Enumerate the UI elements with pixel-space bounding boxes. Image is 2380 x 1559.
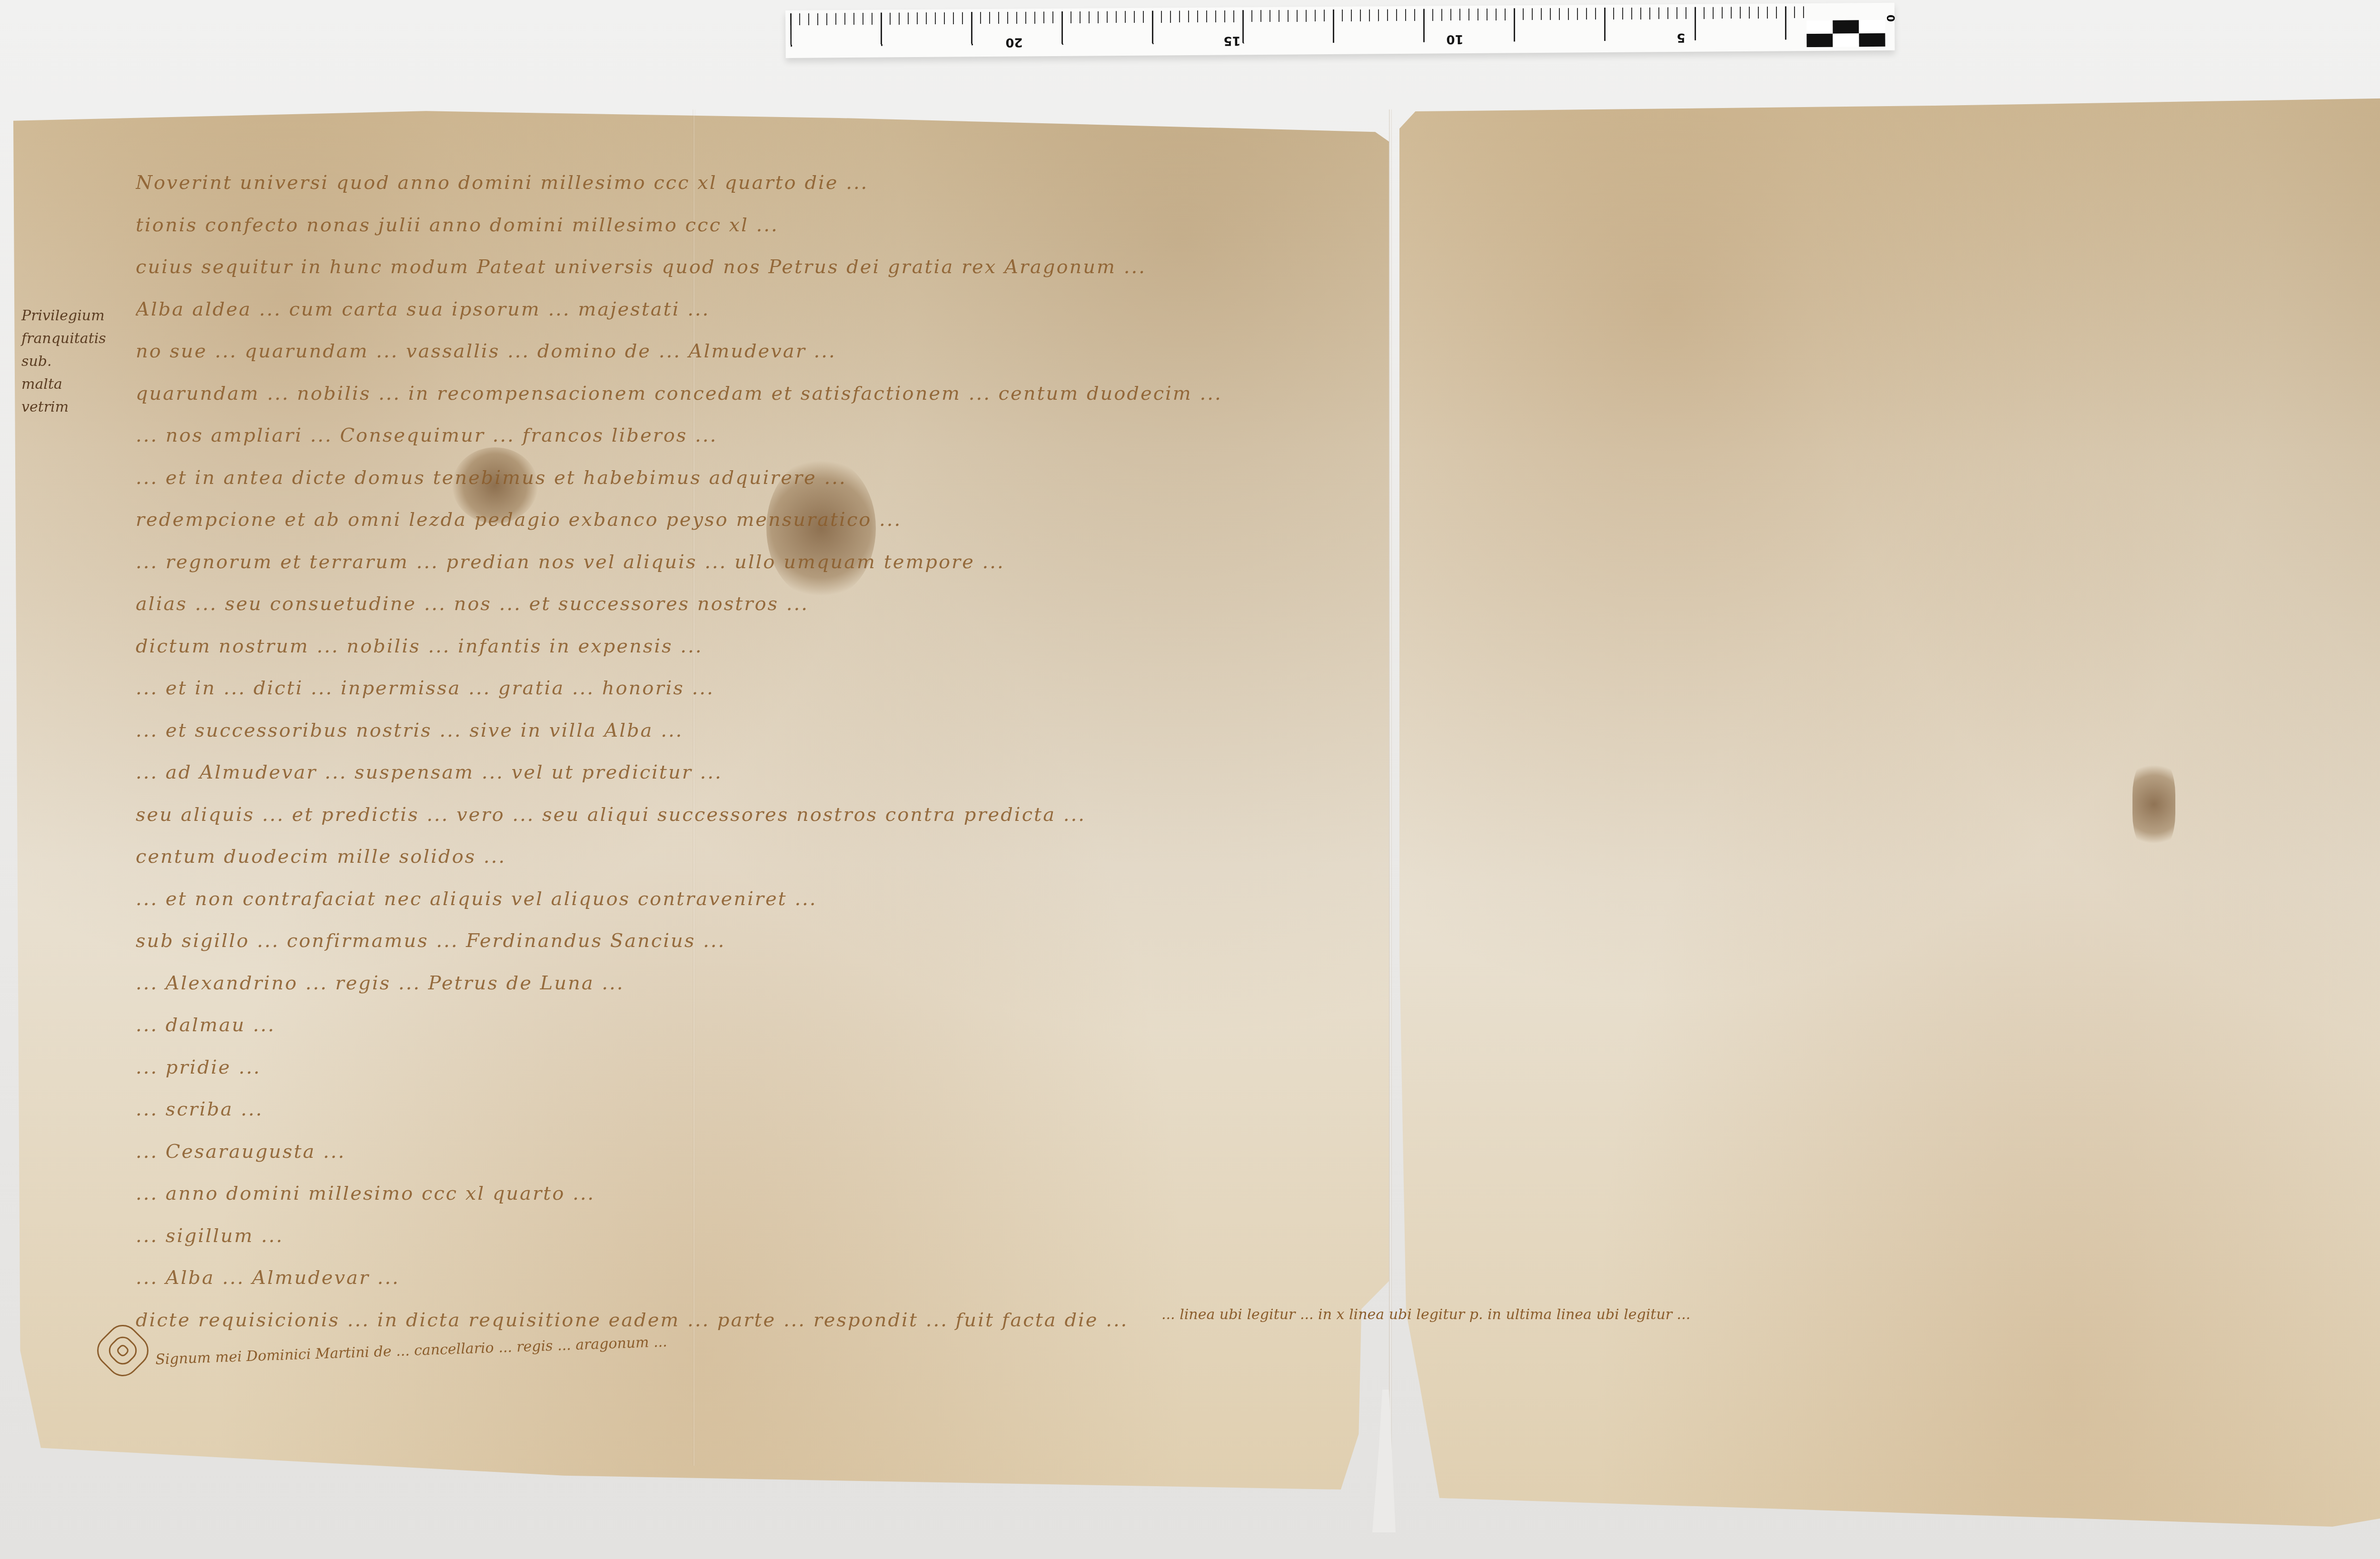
text-line-content: sub sigillo ... confirmamus ... Ferdinan…: [136, 930, 725, 952]
text-line: ... pridie ...: [136, 1046, 2380, 1089]
text-line-content: ... sigillum ...: [136, 1225, 284, 1247]
text-line-content: ... pridie ...: [136, 1056, 261, 1078]
text-line-content: ... Cesaraugusta ...: [136, 1141, 346, 1163]
text-line-content: ... et non contrafaciat nec aliquis vel …: [136, 888, 817, 910]
text-line: seu aliquis ... et predictis ... vero ..…: [136, 794, 2380, 836]
subscription-text: Signum mei Dominici Martini de ... cance…: [155, 1333, 667, 1368]
ruler-label-20: 20: [1005, 35, 1022, 49]
margin-note-line: franquitatis: [21, 327, 88, 350]
text-line-content: ... et successoribus nostris ... sive in…: [136, 720, 683, 741]
text-line-content: redempcione et ab omni lezda pedagio exb…: [136, 509, 902, 531]
text-line: ... dalmau ...: [136, 1004, 2380, 1046]
text-line-content: ... et in ... dicti ... inpermissa ... g…: [136, 677, 714, 699]
margin-note-line: vetrim: [21, 396, 88, 419]
text-line: centum duodecim mille solidos ...: [136, 836, 2380, 878]
text-line: ... anno domini millesimo ccc xl quarto …: [136, 1173, 2380, 1215]
text-line-content: ... et in antea dicte domus tenebimus et…: [136, 467, 847, 489]
text-line-content: no sue ... quarundam ... vassallis ... d…: [136, 340, 836, 362]
text-line-content: ... anno domini millesimo ccc xl quarto …: [136, 1183, 595, 1204]
text-line: ... ad Almudevar ... suspensam ... vel u…: [136, 751, 2380, 794]
text-line-content: alias ... seu consuetudine ... nos ... e…: [136, 593, 809, 615]
ruler-label-15: 15: [1223, 33, 1240, 48]
text-line-content: Alba aldea ... cum carta sua ipsorum ...…: [136, 298, 710, 320]
text-line-content: ... Alexandrino ... regis ... Petrus de …: [136, 972, 624, 994]
text-line: ... scriba ...: [136, 1088, 2380, 1131]
scale-ruler: 20 15 10 5 0: [785, 3, 1895, 58]
text-line: ... sigillum ...: [136, 1215, 2380, 1257]
text-line: ... et in ... dicti ... inpermissa ... g…: [136, 667, 2380, 710]
text-line: quarundam ... nobilis ... in recompensac…: [136, 373, 2380, 415]
text-line: ... nos ampliari ... Consequimur ... fra…: [136, 414, 2380, 457]
text-line-content: ... scriba ...: [136, 1098, 263, 1120]
text-line: ... Alba ... Almudevar ...: [136, 1257, 2380, 1299]
text-line: cuius sequitur in hunc modum Pateat univ…: [136, 246, 2380, 288]
text-line-content: seu aliquis ... et predictis ... vero ..…: [136, 804, 1086, 826]
text-line: ... Cesaraugusta ...: [136, 1131, 2380, 1173]
text-line: redempcione et ab omni lezda pedagio exb…: [136, 499, 2380, 541]
ruler-label-0: 0: [1884, 15, 1896, 22]
text-line-content: ... ad Almudevar ... suspensam ... vel u…: [136, 761, 723, 783]
text-line: tionis confecto nonas julii anno domini …: [136, 204, 2380, 247]
text-line: ... et non contrafaciat nec aliquis vel …: [136, 878, 2380, 920]
ruler-major-ticks: [790, 6, 1811, 47]
text-line: no sue ... quarundam ... vassallis ... d…: [136, 330, 2380, 373]
text-line-content: ... nos ampliari ... Consequimur ... fra…: [136, 424, 717, 446]
ruler-label-10: 10: [1446, 32, 1463, 46]
ruler-label-5: 5: [1676, 30, 1685, 45]
text-line: ... Alexandrino ... regis ... Petrus de …: [136, 962, 2380, 1005]
text-line-content: ... dalmau ...: [136, 1014, 276, 1036]
text-line: alias ... seu consuetudine ... nos ... e…: [136, 583, 2380, 625]
margin-annotation: Privilegium franquitatis sub. malta vetr…: [21, 305, 88, 419]
margin-note-line: Privilegium: [21, 305, 88, 327]
margin-note-line: sub. malta: [21, 350, 88, 396]
text-line: ... et successoribus nostris ... sive in…: [136, 710, 2380, 752]
text-line-content: Noverint universi quod anno domini mille…: [136, 172, 868, 194]
charter-text: Noverint universi quod anno domini mille…: [136, 162, 2380, 1341]
text-line-content: tionis confecto nonas julii anno domini …: [136, 214, 779, 236]
correction-note: ... linea ubi legitur ... in x linea ubi…: [1161, 1306, 1690, 1323]
text-line-content: ... Alba ... Almudevar ...: [136, 1267, 400, 1289]
text-line-content: centum duodecim mille solidos ...: [136, 846, 506, 868]
ruler-color-checker: [1806, 20, 1885, 47]
text-line: ... regnorum et terrarum ... predian nos…: [136, 541, 2380, 583]
text-line-content: dictum nostrum ... nobilis ... infantis …: [136, 635, 703, 657]
notarial-subscription: Signum mei Dominici Martini de ... cance…: [100, 1328, 667, 1373]
text-line: sub sigillo ... confirmamus ... Ferdinan…: [136, 920, 2380, 962]
notarial-signum-icon: [90, 1318, 155, 1383]
text-line-content: cuius sequitur in hunc modum Pateat univ…: [136, 256, 1146, 278]
text-line: Alba aldea ... cum carta sua ipsorum ...…: [136, 288, 2380, 331]
text-line-content: quarundam ... nobilis ... in recompensac…: [136, 383, 1222, 405]
text-line: Noverint universi quod anno domini mille…: [136, 162, 2380, 204]
text-line: dictum nostrum ... nobilis ... infantis …: [136, 625, 2380, 668]
text-line: ... et in antea dicte domus tenebimus et…: [136, 457, 2380, 499]
text-line-content: ... regnorum et terrarum ... predian nos…: [136, 551, 1005, 573]
